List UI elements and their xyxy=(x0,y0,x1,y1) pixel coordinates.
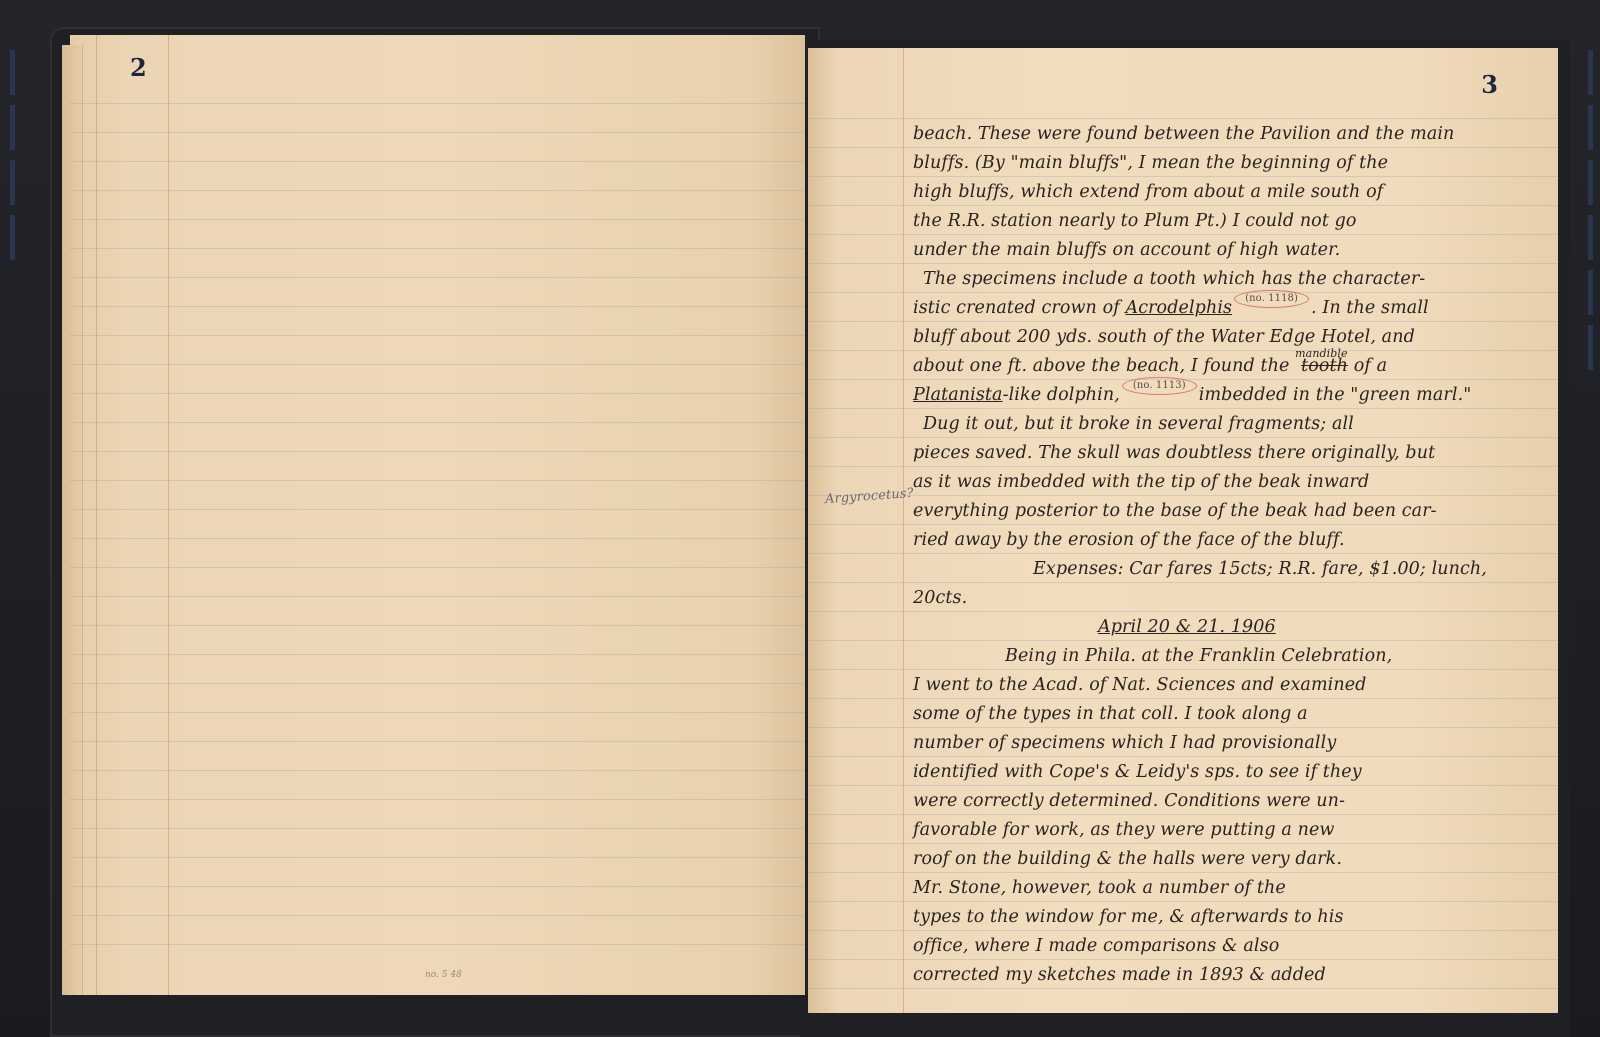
text-line: about one ft. above the beach, I found t… xyxy=(913,352,1513,381)
text-line: 20cts. xyxy=(913,584,1513,613)
text-line: everything posterior to the base of the … xyxy=(913,497,1513,526)
text-line: under the main bluffs on account of high… xyxy=(913,236,1513,265)
margin-line xyxy=(168,35,169,995)
right-page: 3 Argyrocetus? beach. These were found b… xyxy=(808,48,1558,1013)
text-line: ried away by the erosion of the face of … xyxy=(913,526,1513,555)
text-line: beach. These were found between the Pavi… xyxy=(913,120,1513,149)
text-line: Dug it out, but it broke in several frag… xyxy=(913,410,1513,439)
entry-date: April 20 & 21. 1906 xyxy=(913,613,1513,642)
text-line: office, where I made comparisons & also xyxy=(913,932,1513,961)
text-line: roof on the building & the halls were ve… xyxy=(913,845,1513,874)
page-number: 2 xyxy=(130,53,147,82)
inserted-word: mandible xyxy=(1295,339,1345,368)
margin-line xyxy=(96,35,97,995)
footer-mark: no. 5 48 xyxy=(425,970,462,980)
text-fragment: . In the small xyxy=(1311,298,1429,318)
margin-line xyxy=(903,48,904,1013)
text-fragment: about one ft. above the beach, I found t… xyxy=(913,356,1289,376)
handwritten-entry: Argyrocetus? beach. These were found bet… xyxy=(913,120,1513,990)
text-line: pieces saved. The skull was doubtless th… xyxy=(913,439,1513,468)
text-line: types to the window for me, & afterwards… xyxy=(913,903,1513,932)
left-page: 2 no. 5 48 xyxy=(70,35,805,995)
text-line: corrected my sketches made in 1893 & add… xyxy=(913,961,1513,990)
text-line: high bluffs, which extend from about a m… xyxy=(913,178,1513,207)
margin-note: Argyrocetus? xyxy=(824,479,915,514)
text-line: Platanista-like dolphin,(no. 1113)imbedd… xyxy=(913,381,1513,410)
specimen-number: (no. 1113) xyxy=(1122,377,1197,395)
text-line: number of specimens which I had provisio… xyxy=(913,729,1513,758)
text-line: as it was imbedded with the tip of the b… xyxy=(913,468,1513,497)
text-fragment: of a xyxy=(1354,356,1387,376)
text-line: the R.R. station nearly to Plum Pt.) I c… xyxy=(913,207,1513,236)
text-line: were correctly determined. Conditions we… xyxy=(913,787,1513,816)
genus-name: Platanista xyxy=(913,385,1003,405)
specimen-number: (no. 1118) xyxy=(1234,290,1309,308)
scale-marks-left xyxy=(10,50,16,1030)
text-line: The specimens include a tooth which has … xyxy=(913,265,1513,294)
expenses-line: Expenses: Car fares 15cts; R.R. fare, $1… xyxy=(913,555,1513,584)
genus-name: Acrodelphis xyxy=(1125,298,1232,318)
text-line: favorable for work, as they were putting… xyxy=(913,816,1513,845)
text-line: Mr. Stone, however, took a number of the xyxy=(913,874,1513,903)
text-line: istic crenated crown of Acrodelphis(no. … xyxy=(913,294,1513,323)
text-fragment: istic crenated crown of xyxy=(913,298,1120,318)
text-line: bluffs. (By "main bluffs", I mean the be… xyxy=(913,149,1513,178)
text-line: some of the types in that coll. I took a… xyxy=(913,700,1513,729)
text-line: bluff about 200 yds. south of the Water … xyxy=(913,323,1513,352)
scale-marks-right xyxy=(1588,50,1594,1030)
text-line: Being in Phila. at the Franklin Celebrat… xyxy=(913,642,1513,671)
ruled-lines xyxy=(70,75,805,965)
text-fragment: -like dolphin, xyxy=(1003,385,1120,405)
text-fragment: imbedded in the "green marl." xyxy=(1199,385,1472,405)
text-line: I went to the Acad. of Nat. Sciences and… xyxy=(913,671,1513,700)
text-line: identified with Cope's & Leidy's sps. to… xyxy=(913,758,1513,787)
page-number: 3 xyxy=(1481,70,1498,99)
